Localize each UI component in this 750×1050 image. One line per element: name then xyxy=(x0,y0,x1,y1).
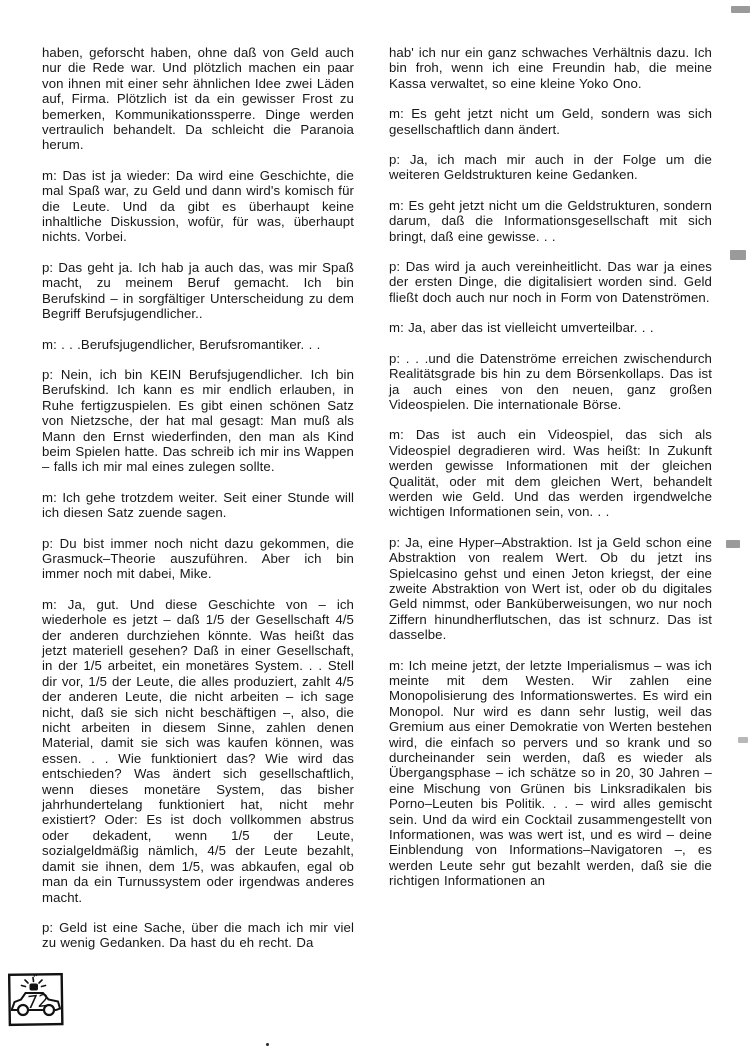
paragraph: p: Geld ist eine Sache, über die mach ic… xyxy=(42,920,354,951)
paragraph: m: Ja, gut. Und diese Geschichte von – i… xyxy=(42,597,354,905)
paragraph: p: Du bist immer noch nicht dazu gekomme… xyxy=(42,536,354,582)
edge-tab-mark xyxy=(730,250,746,260)
paragraph: hab' ich nur ein ganz schwaches Verhältn… xyxy=(389,45,712,91)
text-column-left: haben, geforscht haben, ohne daß von Gel… xyxy=(42,45,354,966)
paragraph: p: Das geht ja. Ich hab ja auch das, was… xyxy=(42,260,354,322)
page-number-box: 72 xyxy=(8,973,64,1027)
paragraph: m: . . .Berufsjugendlicher, Berufsromant… xyxy=(42,337,354,352)
paragraph: p: Nein, ich bin KEIN Berufsjugendlicher… xyxy=(42,367,354,475)
edge-tab-mark xyxy=(738,737,748,743)
paragraph: p: Ja, eine Hyper–Abstraktion. Ist ja Ge… xyxy=(389,535,712,643)
paragraph: m: Ja, aber das ist vielleicht umverteil… xyxy=(389,320,712,335)
paragraph: p: Das wird ja auch vereinheitlicht. Das… xyxy=(389,259,712,305)
edge-tab-mark xyxy=(731,6,750,13)
scanned-magazine-page: haben, geforscht haben, ohne daß von Gel… xyxy=(0,0,750,1050)
paragraph: p: . . .und die Datenströme erreichen zw… xyxy=(389,351,712,413)
edge-tab-mark xyxy=(726,540,740,548)
police-car-icon: 72 xyxy=(8,973,64,1027)
paragraph: m: Ich gehe trotzdem weiter. Seit einer … xyxy=(42,490,354,521)
paragraph: p: Ja, ich mach mir auch in der Folge um… xyxy=(389,152,712,183)
paragraph: m: Es geht jetzt nicht um Geld, sondern … xyxy=(389,106,712,137)
paragraph: m: Das ist ja wieder: Da wird eine Gesch… xyxy=(42,168,354,245)
paragraph: m: Ich meine jetzt, der letzte Imperiali… xyxy=(389,658,712,889)
paragraph: haben, geforscht haben, ohne daß von Gel… xyxy=(42,45,354,153)
stray-ink-dot xyxy=(266,1043,269,1046)
paragraph: m: Das ist auch ein Videospiel, das sich… xyxy=(389,427,712,519)
page-number: 72 xyxy=(26,991,50,1013)
paragraph: m: Es geht jetzt nicht um die Geldstrukt… xyxy=(389,198,712,244)
text-column-right: hab' ich nur ein ganz schwaches Verhältn… xyxy=(389,45,712,904)
